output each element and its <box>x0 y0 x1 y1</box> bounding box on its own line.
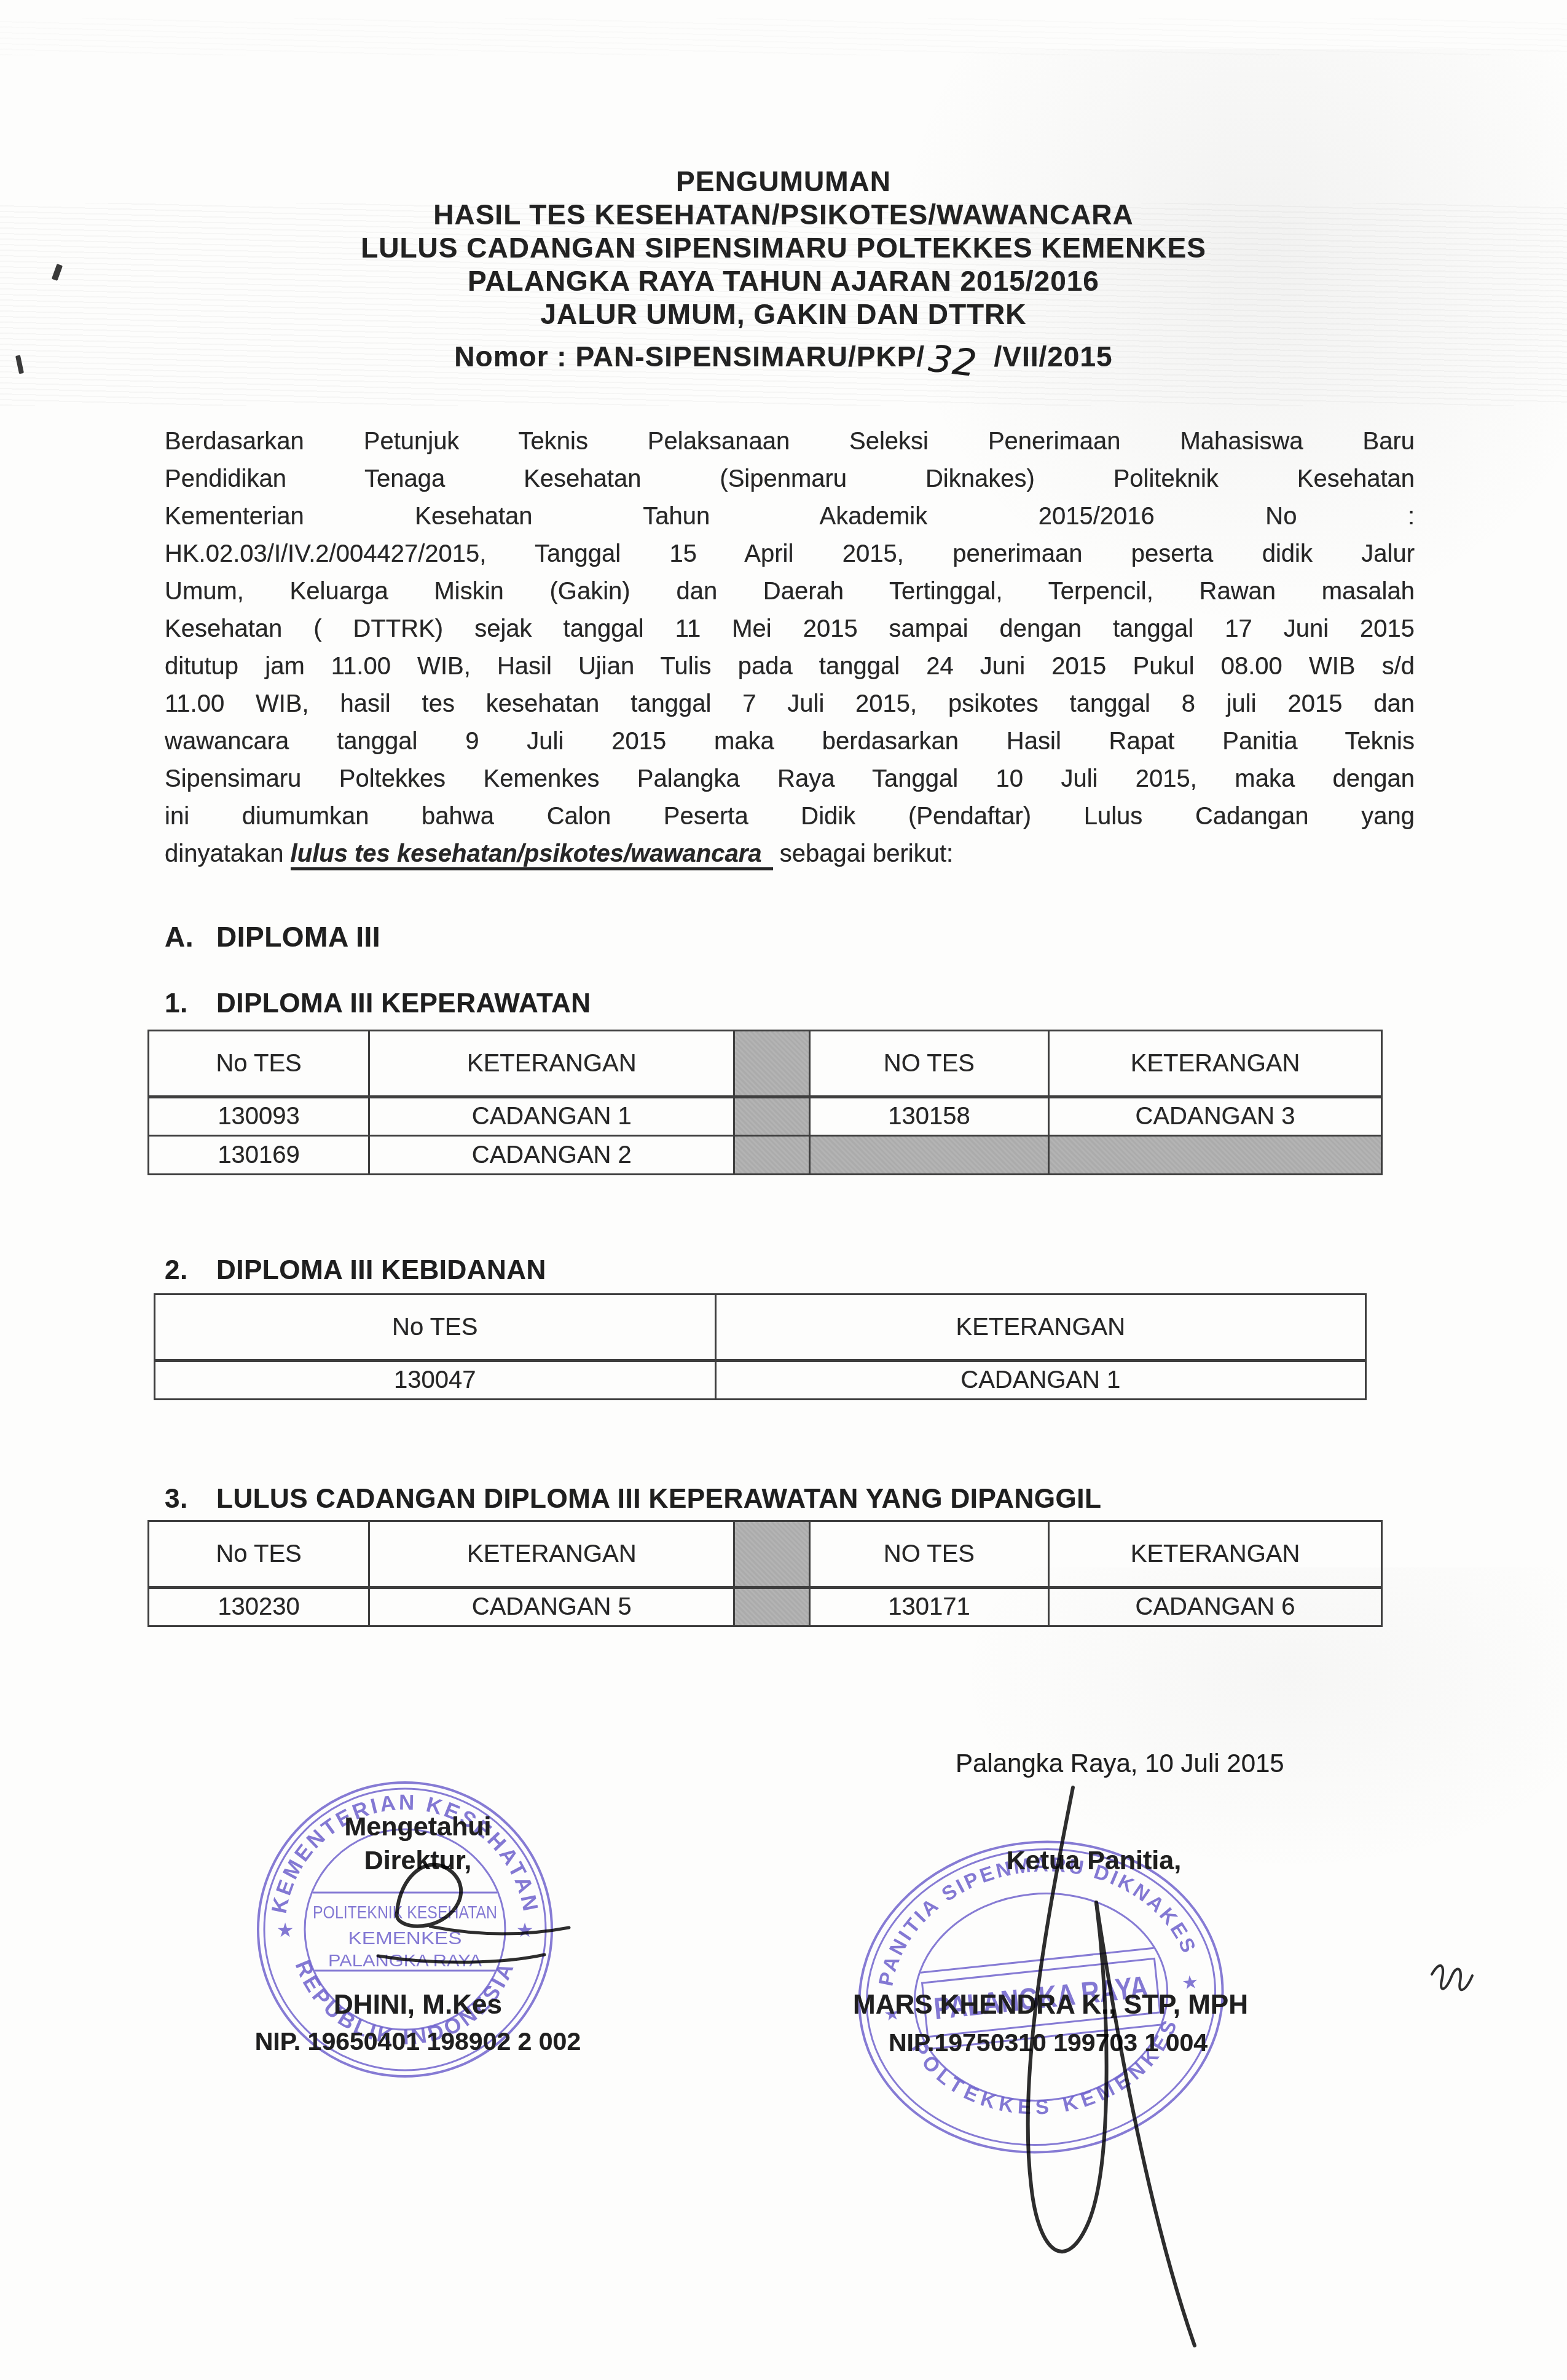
body-line: Sipensimaru Poltekkes Kemenkes Palangka … <box>165 760 1415 798</box>
left-signature-flourish-2 <box>378 1955 544 1962</box>
col-header-keterangan: KETERANGAN <box>1049 1521 1382 1588</box>
col-header-keterangan: KETERANGAN <box>369 1031 734 1097</box>
cell-keterangan: CADANGAN 3 <box>1049 1097 1382 1136</box>
table-row: 130047 CADANGAN 1 <box>155 1361 1366 1400</box>
section-2-number: 2. <box>165 1255 216 1286</box>
table-row: 130093 CADANGAN 1 130158 CADANGAN 3 <box>149 1097 1382 1136</box>
doc-title-line: JALUR UMUM, GAKIN DAN DTTRK <box>0 297 1567 331</box>
spacer-cell <box>734 1588 809 1626</box>
table-diploma3-keperawatan: No TES KETERANGAN NO TES KETERANGAN 1300… <box>147 1030 1383 1175</box>
col-header-keterangan: KETERANGAN <box>1049 1031 1382 1097</box>
cell-empty-shaded <box>1049 1136 1382 1175</box>
body-line: ditutup jam 11.00 WIB, Hasil Ujian Tulis… <box>165 648 1415 685</box>
section-a-heading: A. DIPLOMA III <box>165 920 380 953</box>
body-line: Umum, Keluarga Miskin (Gakin) dan Daerah… <box>165 573 1415 610</box>
section-a-number: A. <box>165 920 216 953</box>
col-header-keterangan: KETERANGAN <box>715 1294 1365 1361</box>
col-header-no-tes: No TES <box>149 1521 369 1588</box>
cell-no-tes: 130093 <box>149 1097 369 1136</box>
doc-title-line: PALANGKA RAYA TAHUN AJARAN 2015/2016 <box>0 264 1567 297</box>
body-paragraph: Berdasarkan Petunjuk Teknis Pelaksanaan … <box>165 423 1415 873</box>
table-cadangan-dipanggil: No TES KETERANGAN NO TES KETERANGAN 1302… <box>147 1520 1383 1627</box>
cell-no-tes: 130171 <box>809 1588 1048 1626</box>
doc-title-line: PENGUMUMAN <box>0 165 1567 198</box>
section-2-heading: 2. DIPLOMA III KEBIDANAN <box>165 1255 546 1286</box>
right-signer-name: MARS KHENDRA K., STP, MPH <box>853 1990 1248 2020</box>
cell-keterangan: CADANGAN 2 <box>369 1136 734 1175</box>
cell-keterangan: CADANGAN 6 <box>1049 1588 1382 1626</box>
stamp-center-line: POLITEKNIK KESEHATAN <box>313 1902 497 1923</box>
spacer-cell <box>734 1031 809 1097</box>
body-emphasis-underlined: lulus tes kesehatan/psikotes/wawancara <box>291 840 773 870</box>
col-header-no-tes: NO TES <box>809 1521 1048 1588</box>
body-last-after: sebagai berikut: <box>773 840 954 867</box>
table-row: 130169 CADANGAN 2 <box>149 1136 1382 1175</box>
col-header-no-tes: No TES <box>155 1294 716 1361</box>
scan-noise-band-top <box>0 18 1567 55</box>
cell-no-tes: 130158 <box>809 1097 1048 1136</box>
cell-keterangan: CADANGAN 5 <box>369 1588 734 1626</box>
doc-number-suffix: /VII/2015 <box>994 341 1112 372</box>
cell-no-tes: 130047 <box>155 1361 716 1400</box>
body-line: HK.02.03/I/IV.2/004427/2015, Tanggal 15 … <box>165 535 1415 573</box>
section-3-title: LULUS CADANGAN DIPLOMA III KEPERAWATAN Y… <box>216 1484 1101 1515</box>
left-signature-flourish <box>430 1926 569 1934</box>
section-3-heading: 3. LULUS CADANGAN DIPLOMA III KEPERAWATA… <box>165 1484 1101 1515</box>
body-line: 11.00 WIB, hasil tes kesehatan tanggal 7… <box>165 685 1415 723</box>
col-header-no-tes: NO TES <box>809 1031 1048 1097</box>
spacer-cell <box>734 1097 809 1136</box>
table-row: 130230 CADANGAN 5 130171 CADANGAN 6 <box>149 1588 1382 1626</box>
body-last-line: dinyatakan lulus tes kesehatan/psikotes/… <box>165 835 1415 873</box>
col-header-keterangan: KETERANGAN <box>369 1521 734 1588</box>
body-line: Kesehatan ( DTTRK) sejak tanggal 11 Mei … <box>165 610 1415 648</box>
col-header-no-tes: No TES <box>149 1031 369 1097</box>
cell-empty-shaded <box>809 1136 1048 1175</box>
body-last-before: dinyatakan <box>165 840 291 867</box>
right-signature-tail <box>1096 1902 1195 2346</box>
place-date: Palangka Raya, 10 Juli 2015 <box>956 1749 1284 1778</box>
left-signer-name: DHINI, M.Kes <box>234 1990 602 2020</box>
body-line: ini diumumkan bahwa Calon Peserta Didik … <box>165 798 1415 835</box>
table-header-row: No TES KETERANGAN NO TES KETERANGAN <box>149 1031 1382 1097</box>
body-line: Kementerian Kesehatan Tahun Akademik 201… <box>165 498 1415 535</box>
section-2-title: DIPLOMA III KEBIDANAN <box>216 1255 546 1286</box>
doc-number-prefix: Nomor : PAN-SIPENSIMARU/PKP/ <box>454 341 925 372</box>
signature-initials <box>1432 1966 1472 1990</box>
table-header-row: No TES KETERANGAN <box>155 1294 1366 1361</box>
table-diploma3-kebidanan: No TES KETERANGAN 130047 CADANGAN 1 <box>154 1293 1367 1400</box>
stamp-center-line: PALANGKA RAYA <box>328 1951 482 1970</box>
doc-title-line: LULUS CADANGAN SIPENSIMARU POLTEKKES KEM… <box>0 231 1567 264</box>
cell-no-tes: 130169 <box>149 1136 369 1175</box>
right-signer-nip: NIP.19750310 199703 1 004 <box>889 2028 1208 2057</box>
handwritten-number: 32 <box>927 337 980 385</box>
doc-number-line: Nomor : PAN-SIPENSIMARU/PKP/32/VII/2015 <box>0 333 1567 376</box>
right-sig-title: Ketua Panitia, <box>940 1846 1247 1876</box>
body-line: Pendidikan Tenaga Kesehatan (Sipenmaru D… <box>165 460 1415 498</box>
stamp-star-left-icon: ★ <box>277 1919 294 1941</box>
section-1-number: 1. <box>165 988 216 1019</box>
body-line: wawancara tanggal 9 Juli 2015 maka berda… <box>165 723 1415 760</box>
left-sig-line2: Direktur, <box>264 1846 571 1876</box>
scanned-announcement-page: PENGUMUMAN HASIL TES KESEHATAN/PSIKOTES/… <box>0 0 1567 2380</box>
section-a-title: DIPLOMA III <box>216 920 380 953</box>
table-header-row: No TES KETERANGAN NO TES KETERANGAN <box>149 1521 1382 1588</box>
cell-keterangan: CADANGAN 1 <box>715 1361 1365 1400</box>
left-sig-line1: Mengetahui <box>264 1812 571 1842</box>
stamp-star-right-icon: ★ <box>516 1919 534 1941</box>
cell-no-tes: 130230 <box>149 1588 369 1626</box>
section-1-heading: 1. DIPLOMA III KEPERAWATAN <box>165 988 591 1019</box>
doc-title-line: HASIL TES KESEHATAN/PSIKOTES/WAWANCARA <box>0 198 1567 231</box>
left-signer-nip: NIP. 19650401 198902 2 002 <box>203 2027 633 2056</box>
section-1-title: DIPLOMA III KEPERAWATAN <box>216 988 591 1019</box>
spacer-cell <box>734 1136 809 1175</box>
stamp-center-line: KEMENKES <box>348 1928 462 1949</box>
body-line: Berdasarkan Petunjuk Teknis Pelaksanaan … <box>165 423 1415 460</box>
cell-keterangan: CADANGAN 1 <box>369 1097 734 1136</box>
spacer-cell <box>734 1521 809 1588</box>
section-3-number: 3. <box>165 1484 216 1515</box>
